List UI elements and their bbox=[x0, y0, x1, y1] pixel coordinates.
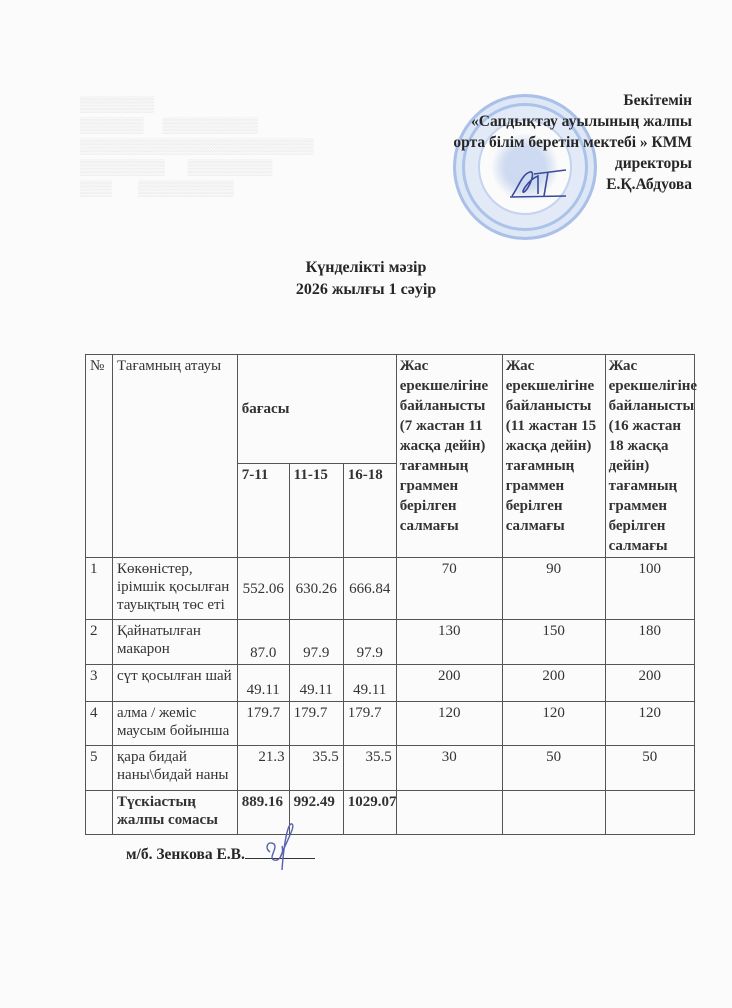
row-weight-16-18: 200 bbox=[605, 665, 694, 702]
header-age-7-11: 7-11 bbox=[237, 464, 289, 558]
approval-block: Бекітемін «Сапдықтау ауылының жалпы орта… bbox=[453, 90, 692, 195]
document-title: Күнделікті мәзір 2026 жылғы 1 сәуір bbox=[0, 257, 732, 301]
row-weight-16-18: 180 bbox=[605, 620, 694, 665]
row-dish: Көкөністер, ірімшік қосылған тауықтың тө… bbox=[113, 558, 238, 620]
row-price-11-15: 630.26 bbox=[289, 558, 343, 620]
row-number: 1 bbox=[86, 558, 113, 620]
row-number: 4 bbox=[86, 702, 113, 746]
row-weight-7-11: 200 bbox=[396, 665, 502, 702]
row-weight-16-18: 100 bbox=[605, 558, 694, 620]
table-row: 3 сүт қосылған шай 49.11 49.11 49.11 200… bbox=[86, 665, 695, 702]
row-weight-11-15: 200 bbox=[502, 665, 605, 702]
table-row: 2 Қайнатылған макарон 87.0 97.9 97.9 130… bbox=[86, 620, 695, 665]
bleed-through-text: ▒▒▒▒▒▒▒ ▒▒▒▒▒▒ ▒▒▒▒▒▒▒▒▒ ▒▒▒▒▒▒▒▒▒▒▒▒▒▒▒… bbox=[80, 95, 314, 200]
header-age-11-15: 11-15 bbox=[289, 464, 343, 558]
row-price-7-11: 21.3 bbox=[237, 746, 289, 791]
nurse-signature bbox=[262, 822, 298, 872]
row-price-16-18: 35.5 bbox=[343, 746, 396, 791]
row-weight-11-15: 120 bbox=[502, 702, 605, 746]
total-weight-16-18 bbox=[605, 791, 694, 835]
total-weight-11-15 bbox=[502, 791, 605, 835]
row-weight-11-15: 150 bbox=[502, 620, 605, 665]
row-price-7-11: 49.11 bbox=[237, 665, 289, 702]
row-price-7-11: 87.0 bbox=[237, 620, 289, 665]
table-row: 1 Көкөністер, ірімшік қосылған тауықтың … bbox=[86, 558, 695, 620]
row-number: 3 bbox=[86, 665, 113, 702]
director-signature bbox=[508, 166, 568, 200]
total-label: Түскіастың жалпы сомасы bbox=[113, 791, 238, 835]
menu-table: № Тағамның атауы бағасы Жас ерекшелігіне… bbox=[85, 354, 695, 835]
row-price-16-18: 97.9 bbox=[343, 620, 396, 665]
header-age-16-18: 16-18 bbox=[343, 464, 396, 558]
row-price-16-18: 49.11 bbox=[343, 665, 396, 702]
row-weight-16-18: 120 bbox=[605, 702, 694, 746]
row-weight-16-18: 50 bbox=[605, 746, 694, 791]
table-header-row: № Тағамның атауы бағасы Жас ерекшелігіне… bbox=[86, 355, 695, 464]
row-price-11-15: 35.5 bbox=[289, 746, 343, 791]
menu-title: Күнделікті мәзір bbox=[0, 257, 732, 279]
header-price: бағасы bbox=[237, 355, 396, 464]
header-weight-7-11: Жас ерекшелігіне байланысты (7 жастан 11… bbox=[396, 355, 502, 558]
row-weight-11-15: 90 bbox=[502, 558, 605, 620]
approval-school-cont: орта білім беретін мектебі » КММ bbox=[453, 132, 692, 153]
row-weight-7-11: 120 bbox=[396, 702, 502, 746]
row-price-11-15: 97.9 bbox=[289, 620, 343, 665]
total-weight-7-11 bbox=[396, 791, 502, 835]
row-weight-7-11: 30 bbox=[396, 746, 502, 791]
approval-role: директоры bbox=[453, 153, 692, 174]
approval-director-name: Е.Қ.Абдуова bbox=[453, 174, 692, 195]
row-price-16-18: 666.84 bbox=[343, 558, 396, 620]
table-row: 4 алма / жеміс маусым бойынша 179.7 179.… bbox=[86, 702, 695, 746]
row-weight-7-11: 130 bbox=[396, 620, 502, 665]
row-weight-7-11: 70 bbox=[396, 558, 502, 620]
total-number bbox=[86, 791, 113, 835]
table-total-row: Түскіастың жалпы сомасы 889.16 992.49 10… bbox=[86, 791, 695, 835]
row-price-7-11: 179.7 bbox=[237, 702, 289, 746]
header-weight-11-15: Жас ерекшелігіне байланысты (11 жастан 1… bbox=[502, 355, 605, 558]
row-number: 2 bbox=[86, 620, 113, 665]
header-weight-16-18: Жас ерекшелігіне байланысты (16 жастан 1… bbox=[605, 355, 694, 558]
row-dish: сүт қосылған шай bbox=[113, 665, 238, 702]
total-price-16-18: 1029.07 bbox=[343, 791, 396, 835]
signatory-name: м/б. Зенкова Е.В. bbox=[126, 846, 245, 863]
header-number: № bbox=[86, 355, 113, 558]
row-price-11-15: 49.11 bbox=[289, 665, 343, 702]
row-dish: алма / жеміс маусым бойынша bbox=[113, 702, 238, 746]
row-number: 5 bbox=[86, 746, 113, 791]
row-price-7-11: 552.06 bbox=[237, 558, 289, 620]
row-dish: қара бидай наны\бидай наны bbox=[113, 746, 238, 791]
approval-heading: Бекітемін bbox=[453, 90, 692, 111]
approval-school: «Сапдықтау ауылының жалпы bbox=[453, 111, 692, 132]
row-price-11-15: 179.7 bbox=[289, 702, 343, 746]
menu-date: 2026 жылғы 1 сәуір bbox=[0, 279, 732, 301]
table-row: 5 қара бидай наны\бидай наны 21.3 35.5 3… bbox=[86, 746, 695, 791]
header-dish-name: Тағамның атауы bbox=[113, 355, 238, 558]
row-dish: Қайнатылған макарон bbox=[113, 620, 238, 665]
row-weight-11-15: 50 bbox=[502, 746, 605, 791]
row-price-16-18: 179.7 bbox=[343, 702, 396, 746]
